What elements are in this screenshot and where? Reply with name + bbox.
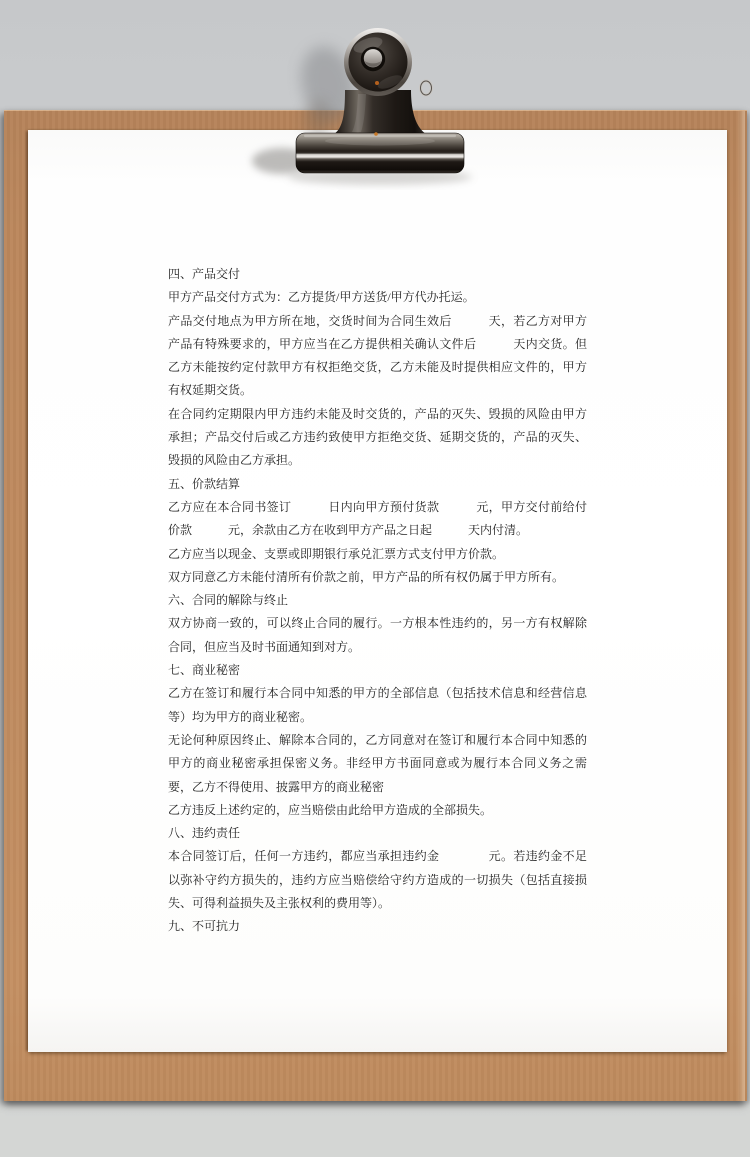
contract-paragraph: 产品交付地点为甲方所在地，交货时间为合同生效后 天，若乙方对甲方产品有特殊要求的… bbox=[168, 310, 587, 403]
contract-paragraph: 乙方应在本合同书签订 日内向甲方预付货款 元，甲方交付前给付价款 元，余款由乙方… bbox=[168, 496, 587, 543]
contract-section-heading: 五、价款结算 bbox=[168, 473, 587, 496]
contract-section-heading: 四、产品交付 bbox=[168, 263, 587, 286]
contract-section-heading: 九、不可抗力 bbox=[168, 915, 587, 938]
contract-section-heading: 八、违约责任 bbox=[168, 822, 587, 845]
contract-text-block: 四、产品交付 甲方产品交付方式为：乙方提货/甲方送货/甲方代办托运。 产品交付地… bbox=[168, 263, 587, 939]
contract-paragraph: 甲方产品交付方式为：乙方提货/甲方送货/甲方代办托运。 bbox=[168, 286, 587, 309]
clip-reflection-dot bbox=[375, 81, 379, 85]
clip-reflection-dot bbox=[374, 132, 378, 136]
contract-paragraph: 乙方违反上述约定的，应当赔偿由此给甲方造成的全部损失。 bbox=[168, 799, 587, 822]
contract-paragraph: 乙方应当以现金、支票或即期银行承兑汇票方式支付甲方价款。 bbox=[168, 543, 587, 566]
bulldog-clip-icon bbox=[230, 20, 490, 190]
clipboard-edge-highlight bbox=[737, 111, 745, 1101]
contract-section-heading: 六、合同的解除与终止 bbox=[168, 589, 587, 612]
contract-section-heading: 七、商业秘密 bbox=[168, 659, 587, 682]
contract-paragraph: 双方同意乙方未能付清所有价款之前，甲方产品的所有权仍属于甲方所有。 bbox=[168, 566, 587, 589]
contract-paragraph: 双方协商一致的，可以终止合同的履行。一方根本性违约的，另一方有权解除合同，但应当… bbox=[168, 612, 587, 659]
contract-paragraph: 在合同约定期限内甲方违约未能及时交货的，产品的灭失、毁损的风险由甲方承担；产品交… bbox=[168, 403, 587, 473]
clip-hook-icon bbox=[421, 81, 432, 95]
clip-stem bbox=[334, 90, 426, 134]
contract-paragraph: 乙方在签订和履行本合同中知悉的甲方的全部信息（包括技术信息和经营信息等）均为甲方… bbox=[168, 682, 587, 729]
clip-roller bbox=[344, 28, 412, 96]
contract-paper: 四、产品交付 甲方产品交付方式为：乙方提货/甲方送货/甲方代办托运。 产品交付地… bbox=[28, 130, 727, 1052]
contract-paragraph: 无论何种原因终止、解除本合同的，乙方同意对在签订和履行本合同中知悉的甲方的商业秘… bbox=[168, 729, 587, 799]
contract-paragraph: 本合同签订后，任何一方违约，都应当承担违约金 元。若违约金不足以弥补守约方损失的… bbox=[168, 845, 587, 915]
clip-bar bbox=[296, 133, 464, 173]
photo-scene: 四、产品交付 甲方产品交付方式为：乙方提货/甲方送货/甲方代办托运。 产品交付地… bbox=[0, 0, 750, 1157]
